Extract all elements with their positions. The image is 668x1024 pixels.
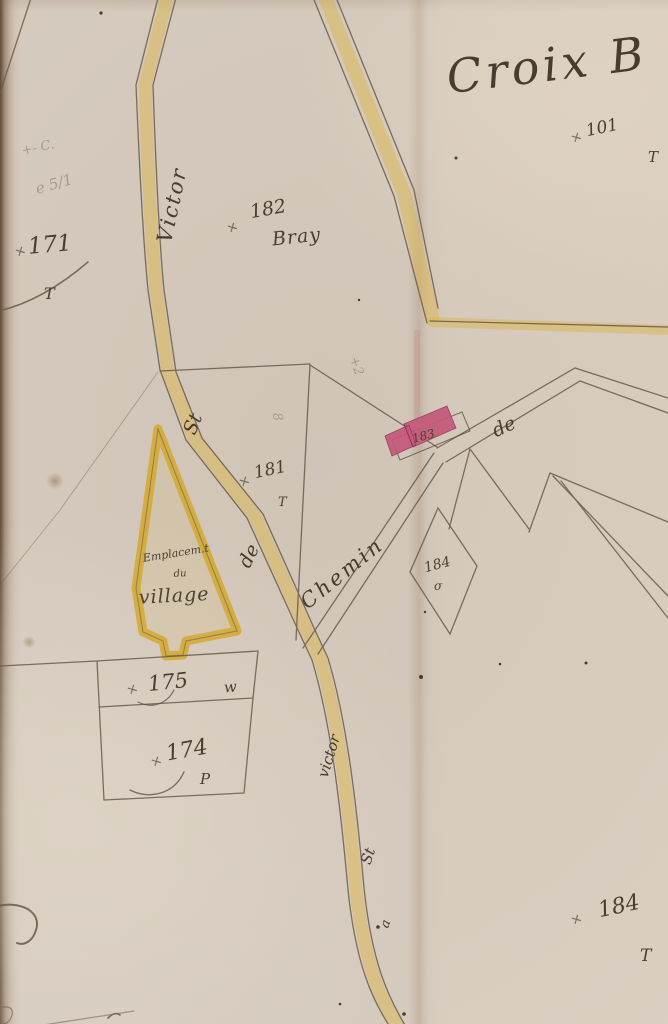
village-line2: du	[173, 568, 186, 580]
owner-name-bray: Bray	[271, 225, 322, 249]
bottom-left-squiggle	[3, 1007, 12, 1024]
parcel-line-b	[470, 449, 529, 529]
parcel-line-a	[449, 449, 470, 529]
map-linework	[0, 0, 668, 1024]
village-line3: village	[138, 583, 210, 609]
parcel-number-171: 171	[27, 232, 73, 259]
parcel-line-d	[529, 473, 550, 532]
parcel-letter-174: P	[200, 772, 210, 787]
parcel-letter-175: w	[223, 679, 237, 695]
parcel-letter-101: T	[648, 150, 658, 165]
parcel-number-175: 175	[147, 670, 189, 695]
road-band-se-upper	[553, 476, 668, 596]
cadastral-map: Croix B + 171 T + 182 Bray + 181 T 183 1…	[0, 0, 668, 1024]
parcel-181-top-line	[160, 364, 310, 371]
road-wash-branch	[322, 0, 432, 316]
parcel-letter-181: T	[278, 496, 287, 509]
parcel-letter-184: σ	[434, 580, 442, 592]
parcel-175-left-approach	[0, 661, 97, 666]
road-band-se-lower	[561, 481, 668, 618]
parcel-block-left	[97, 661, 104, 800]
top-left-corner-line	[0, 0, 32, 93]
parcel-174-right	[244, 698, 253, 793]
parcel-174-bottom	[104, 793, 244, 800]
parcel-letter-184-south: T	[640, 948, 651, 965]
flourish-174	[130, 772, 184, 795]
chemin-east-lower-edge	[446, 381, 668, 462]
road-edge-branch-left	[310, 0, 427, 323]
parcel-line-c	[550, 473, 668, 522]
parcel-letter-171: T	[44, 286, 55, 302]
bottom-left-hook	[0, 905, 37, 944]
chemin-east-upper-edge	[437, 368, 668, 448]
chemin-west-se-edge	[318, 463, 443, 654]
parcel-175-right	[253, 651, 258, 698]
parcel-175-bottom	[99, 698, 253, 707]
bend-to-left-edge-line	[0, 372, 158, 585]
